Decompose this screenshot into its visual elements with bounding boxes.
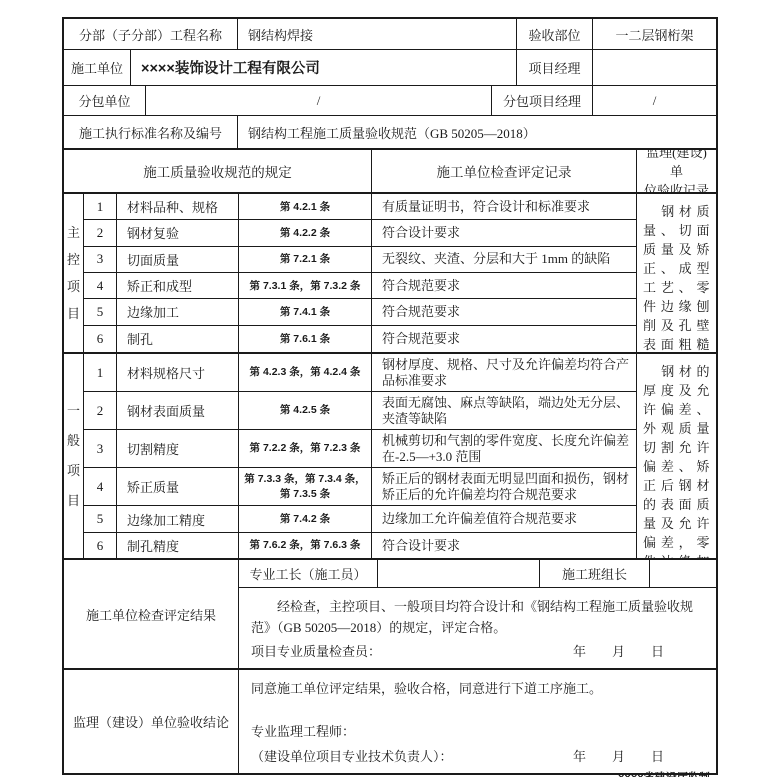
item-clause: 第 7.6.2 条，第 7.6.3 条 (238, 533, 371, 558)
contractor-result-label: 施工单位检查评定结果 (64, 560, 238, 670)
item-no: 3 (83, 247, 116, 273)
section-general: 一般项目 1 材料规格尺寸 第 4.2.3 条，第 4.2.4 条 钢材厚度、规… (64, 354, 716, 560)
item-record: 边缘加工允许偏差值符合规范要求 (371, 506, 636, 533)
table-row: 6 制孔精度 第 7.6.2 条，第 7.6.3 条 符合设计要求 (83, 533, 636, 558)
item-record: 符合设计要求 (371, 533, 636, 558)
item-no: 5 (83, 506, 116, 533)
table-row: 5 边缘加工 第 7.4.1 条 符合规范要求 (83, 299, 636, 325)
foreman-row: 专业工长（施工员） 施工班组长 (238, 560, 716, 588)
inspector-sign-line: 项目专业质量检查员： 年 月 日 (239, 641, 716, 668)
table-row: 4 矫正质量 第 7.3.3 条，第 7.3.4 条，第 7.3.5 条 矫正后… (83, 468, 636, 506)
sub-project-manager-label: 分包项目经理 (491, 86, 592, 116)
main-control-rows: 1 材料品种、规格 第 4.2.1 条 有质量证明书，符合设计和标准要求 2 钢… (83, 194, 636, 354)
row-subcontractor: 分包单位 / 分包项目经理 / (64, 86, 716, 116)
supervisor-conclusion-text: 同意施工单位评定结果，验收合格，同意进行下道工序施工。 (239, 670, 716, 699)
crew-leader-value[interactable] (649, 560, 716, 587)
header-supervisor-line2: 位验收记录 (644, 181, 709, 195)
item-name: 边缘加工精度 (116, 506, 238, 533)
item-clause: 第 4.2.5 条 (238, 392, 371, 430)
issuer-stamp: ××××省建设厅监制 (618, 769, 780, 777)
header-contractor-record: 施工单位检查评定记录 (371, 150, 636, 194)
row-project-name: 分部（子分部）工程名称 钢结构焊接 验收部位 一二层钢桁架 (64, 19, 716, 50)
acceptance-part-label: 验收部位 (516, 19, 592, 50)
item-name: 制孔精度 (116, 533, 238, 558)
sub-project-manager-value: / (592, 86, 716, 116)
item-no: 1 (83, 354, 116, 392)
table-row: 3 切割精度 第 7.2.2 条，第 7.2.3 条 机械剪切和气割的零件宽度、… (83, 430, 636, 468)
item-no: 5 (83, 299, 116, 325)
item-no: 4 (83, 468, 116, 506)
item-no: 4 (83, 273, 116, 299)
item-record: 表面无腐蚀、麻点等缺陷，端边处无分层、夹渣等缺陷 (371, 392, 636, 430)
item-no: 3 (83, 430, 116, 468)
table-row: 2 钢材表面质量 第 4.2.5 条 表面无腐蚀、麻点等缺陷，端边处无分层、夹渣… (83, 392, 636, 430)
row-standard: 施工执行标准名称及编号 钢结构工程施工质量验收规范（GB 50205—2018） (64, 116, 716, 150)
item-name: 矫正和成型 (116, 273, 238, 299)
header-supervisor-line1: 监理(建设)单 (641, 150, 712, 181)
contractor-date[interactable]: 年 月 日 (573, 641, 664, 660)
item-clause: 第 4.2.3 条，第 4.2.4 条 (238, 354, 371, 392)
item-no: 2 (83, 392, 116, 430)
section-supervisor-conclusion: 监理（建设）单位验收结论 同意施工单位评定结果，验收合格，同意进行下道工序施工。… (64, 670, 716, 773)
subcontractor-label: 分包单位 (64, 86, 145, 116)
item-name: 切割精度 (116, 430, 238, 468)
item-name: 材料规格尺寸 (116, 354, 238, 392)
row-contractor: 施工单位 ××××装饰设计工程有限公司 项目经理 (64, 50, 716, 86)
contractor-conclusion-text: 经检查，主控项目、一般项目均符合设计和《钢结构工程施工质量验收规范》（GB 50… (239, 588, 716, 638)
item-no: 1 (83, 194, 116, 220)
item-name: 钢材复验 (116, 220, 238, 246)
supervisor-date[interactable]: 年 月 日 (573, 746, 664, 765)
supervisor-conclusion-content: 同意施工单位评定结果，验收合格，同意进行下道工序施工。 专业监理工程师： （建设… (238, 670, 716, 773)
supervisor-sign-block: 专业监理工程师： （建设单位项目专业技术负责人）： 年 月 日 (239, 721, 716, 773)
contractor-conclusion-block: 经检查，主控项目、一般项目均符合设计和《钢结构工程施工质量验收规范》（GB 50… (238, 588, 716, 668)
general-supervisor-record: 钢材的厚度及允许偏差、外观质量切割允许偏差、矫正后钢材的表面质量及允许偏差，零件… (636, 354, 716, 560)
subcontractor-value: / (145, 86, 491, 116)
table-row: 1 材料规格尺寸 第 4.2.3 条，第 4.2.4 条 钢材厚度、规格、尺寸及… (83, 354, 636, 392)
contractor-result-content: 专业工长（施工员） 施工班组长 经检查，主控项目、一般项目均符合设计和《钢结构工… (238, 560, 716, 670)
item-clause: 第 7.3.1 条，第 7.3.2 条 (238, 273, 371, 299)
project-name-label: 分部（子分部）工程名称 (64, 19, 237, 50)
main-control-category: 主控项目 (64, 194, 83, 354)
item-no: 6 (83, 326, 116, 352)
item-record: 符合规范要求 (371, 273, 636, 299)
standard-value: 钢结构工程施工质量验收规范（GB 50205—2018） (237, 116, 716, 150)
item-no: 2 (83, 220, 116, 246)
header-supervisor-record: 监理(建设)单 位验收记录 (636, 150, 716, 194)
item-name: 边缘加工 (116, 299, 238, 325)
item-no: 6 (83, 533, 116, 558)
item-record: 矫正后的钢材表面无明显凹面和损伤，钢材矫正后的允许偏差均符合规范要求 (371, 468, 636, 506)
acceptance-part-value: 一二层钢桁架 (592, 19, 716, 50)
standard-label: 施工执行标准名称及编号 (64, 116, 237, 150)
table-row: 6 制孔 第 7.6.1 条 符合规范要求 (83, 326, 636, 352)
item-name: 材料品种、规格 (116, 194, 238, 220)
item-clause: 第 4.2.1 条 (238, 194, 371, 220)
supervisor-conclusion-label: 监理（建设）单位验收结论 (64, 670, 238, 773)
contractor-value: ××××装饰设计工程有限公司 (130, 50, 516, 86)
table-row: 1 材料品种、规格 第 4.2.1 条 有质量证明书，符合设计和标准要求 (83, 194, 636, 220)
table-row: 5 边缘加工精度 第 7.4.2 条 边缘加工允许偏差值符合规范要求 (83, 506, 636, 533)
item-record: 钢材厚度、规格、尺寸及允许偏差均符合产品标准要求 (371, 354, 636, 392)
row-table-header: 施工质量验收规范的规定 施工单位检查评定记录 监理(建设)单 位验收记录 (64, 150, 716, 194)
engineer-label[interactable]: 专业监理工程师： (239, 721, 716, 746)
header-spec: 施工质量验收规范的规定 (64, 150, 371, 194)
item-record: 机械剪切和气割的零件宽度、长度允许偏差在-2.5—+3.0 范围 (371, 430, 636, 468)
item-name: 制孔 (116, 326, 238, 352)
table-row: 2 钢材复验 第 4.2.2 条 符合设计要求 (83, 220, 636, 246)
main-control-supervisor-record: 钢材质量、切面质量及矫正、成型工艺、零件边缘刨削及孔壁表面粗糙度均符合规范规定 (636, 194, 716, 354)
item-clause: 第 7.4.1 条 (238, 299, 371, 325)
general-category: 一般项目 (64, 354, 83, 560)
item-record: 符合规范要求 (371, 299, 636, 325)
general-rows: 1 材料规格尺寸 第 4.2.3 条，第 4.2.4 条 钢材厚度、规格、尺寸及… (83, 354, 636, 560)
section-contractor-result: 施工单位检查评定结果 专业工长（施工员） 施工班组长 经检查，主控项目、一般项目… (64, 560, 716, 670)
owner-label[interactable]: （建设单位项目专业技术负责人）： (251, 746, 453, 765)
item-record: 无裂纹、夹渣、分层和大于 1mm 的缺陷 (371, 247, 636, 273)
section-main-control: 主控项目 1 材料品种、规格 第 4.2.1 条 有质量证明书，符合设计和标准要… (64, 194, 716, 354)
inspector-label[interactable]: 项目专业质量检查员： (251, 641, 381, 660)
project-manager-value[interactable] (592, 50, 716, 86)
item-clause: 第 7.4.2 条 (238, 506, 371, 533)
table-row: 3 切面质量 第 7.2.1 条 无裂纹、夹渣、分层和大于 1mm 的缺陷 (83, 247, 636, 273)
project-manager-label: 项目经理 (516, 50, 592, 86)
item-record: 有质量证明书，符合设计和标准要求 (371, 194, 636, 220)
acceptance-form: 分部（子分部）工程名称 钢结构焊接 验收部位 一二层钢桁架 施工单位 ××××装… (62, 17, 718, 775)
item-record: 符合规范要求 (371, 326, 636, 352)
item-name: 矫正质量 (116, 468, 238, 506)
item-name: 钢材表面质量 (116, 392, 238, 430)
crew-leader-label: 施工班组长 (539, 560, 649, 587)
item-clause: 第 7.6.1 条 (238, 326, 371, 352)
foreman-label: 专业工长（施工员） (238, 560, 377, 587)
contractor-label: 施工单位 (64, 50, 130, 86)
item-clause: 第 7.2.2 条，第 7.2.3 条 (238, 430, 371, 468)
project-name-value: 钢结构焊接 (237, 19, 516, 50)
table-row: 4 矫正和成型 第 7.3.1 条，第 7.3.2 条 符合规范要求 (83, 273, 636, 299)
item-clause: 第 7.3.3 条，第 7.3.4 条，第 7.3.5 条 (238, 468, 371, 506)
item-clause: 第 4.2.2 条 (238, 220, 371, 246)
item-name: 切面质量 (116, 247, 238, 273)
item-clause: 第 7.2.1 条 (238, 247, 371, 273)
item-record: 符合设计要求 (371, 220, 636, 246)
foreman-value[interactable] (377, 560, 539, 587)
